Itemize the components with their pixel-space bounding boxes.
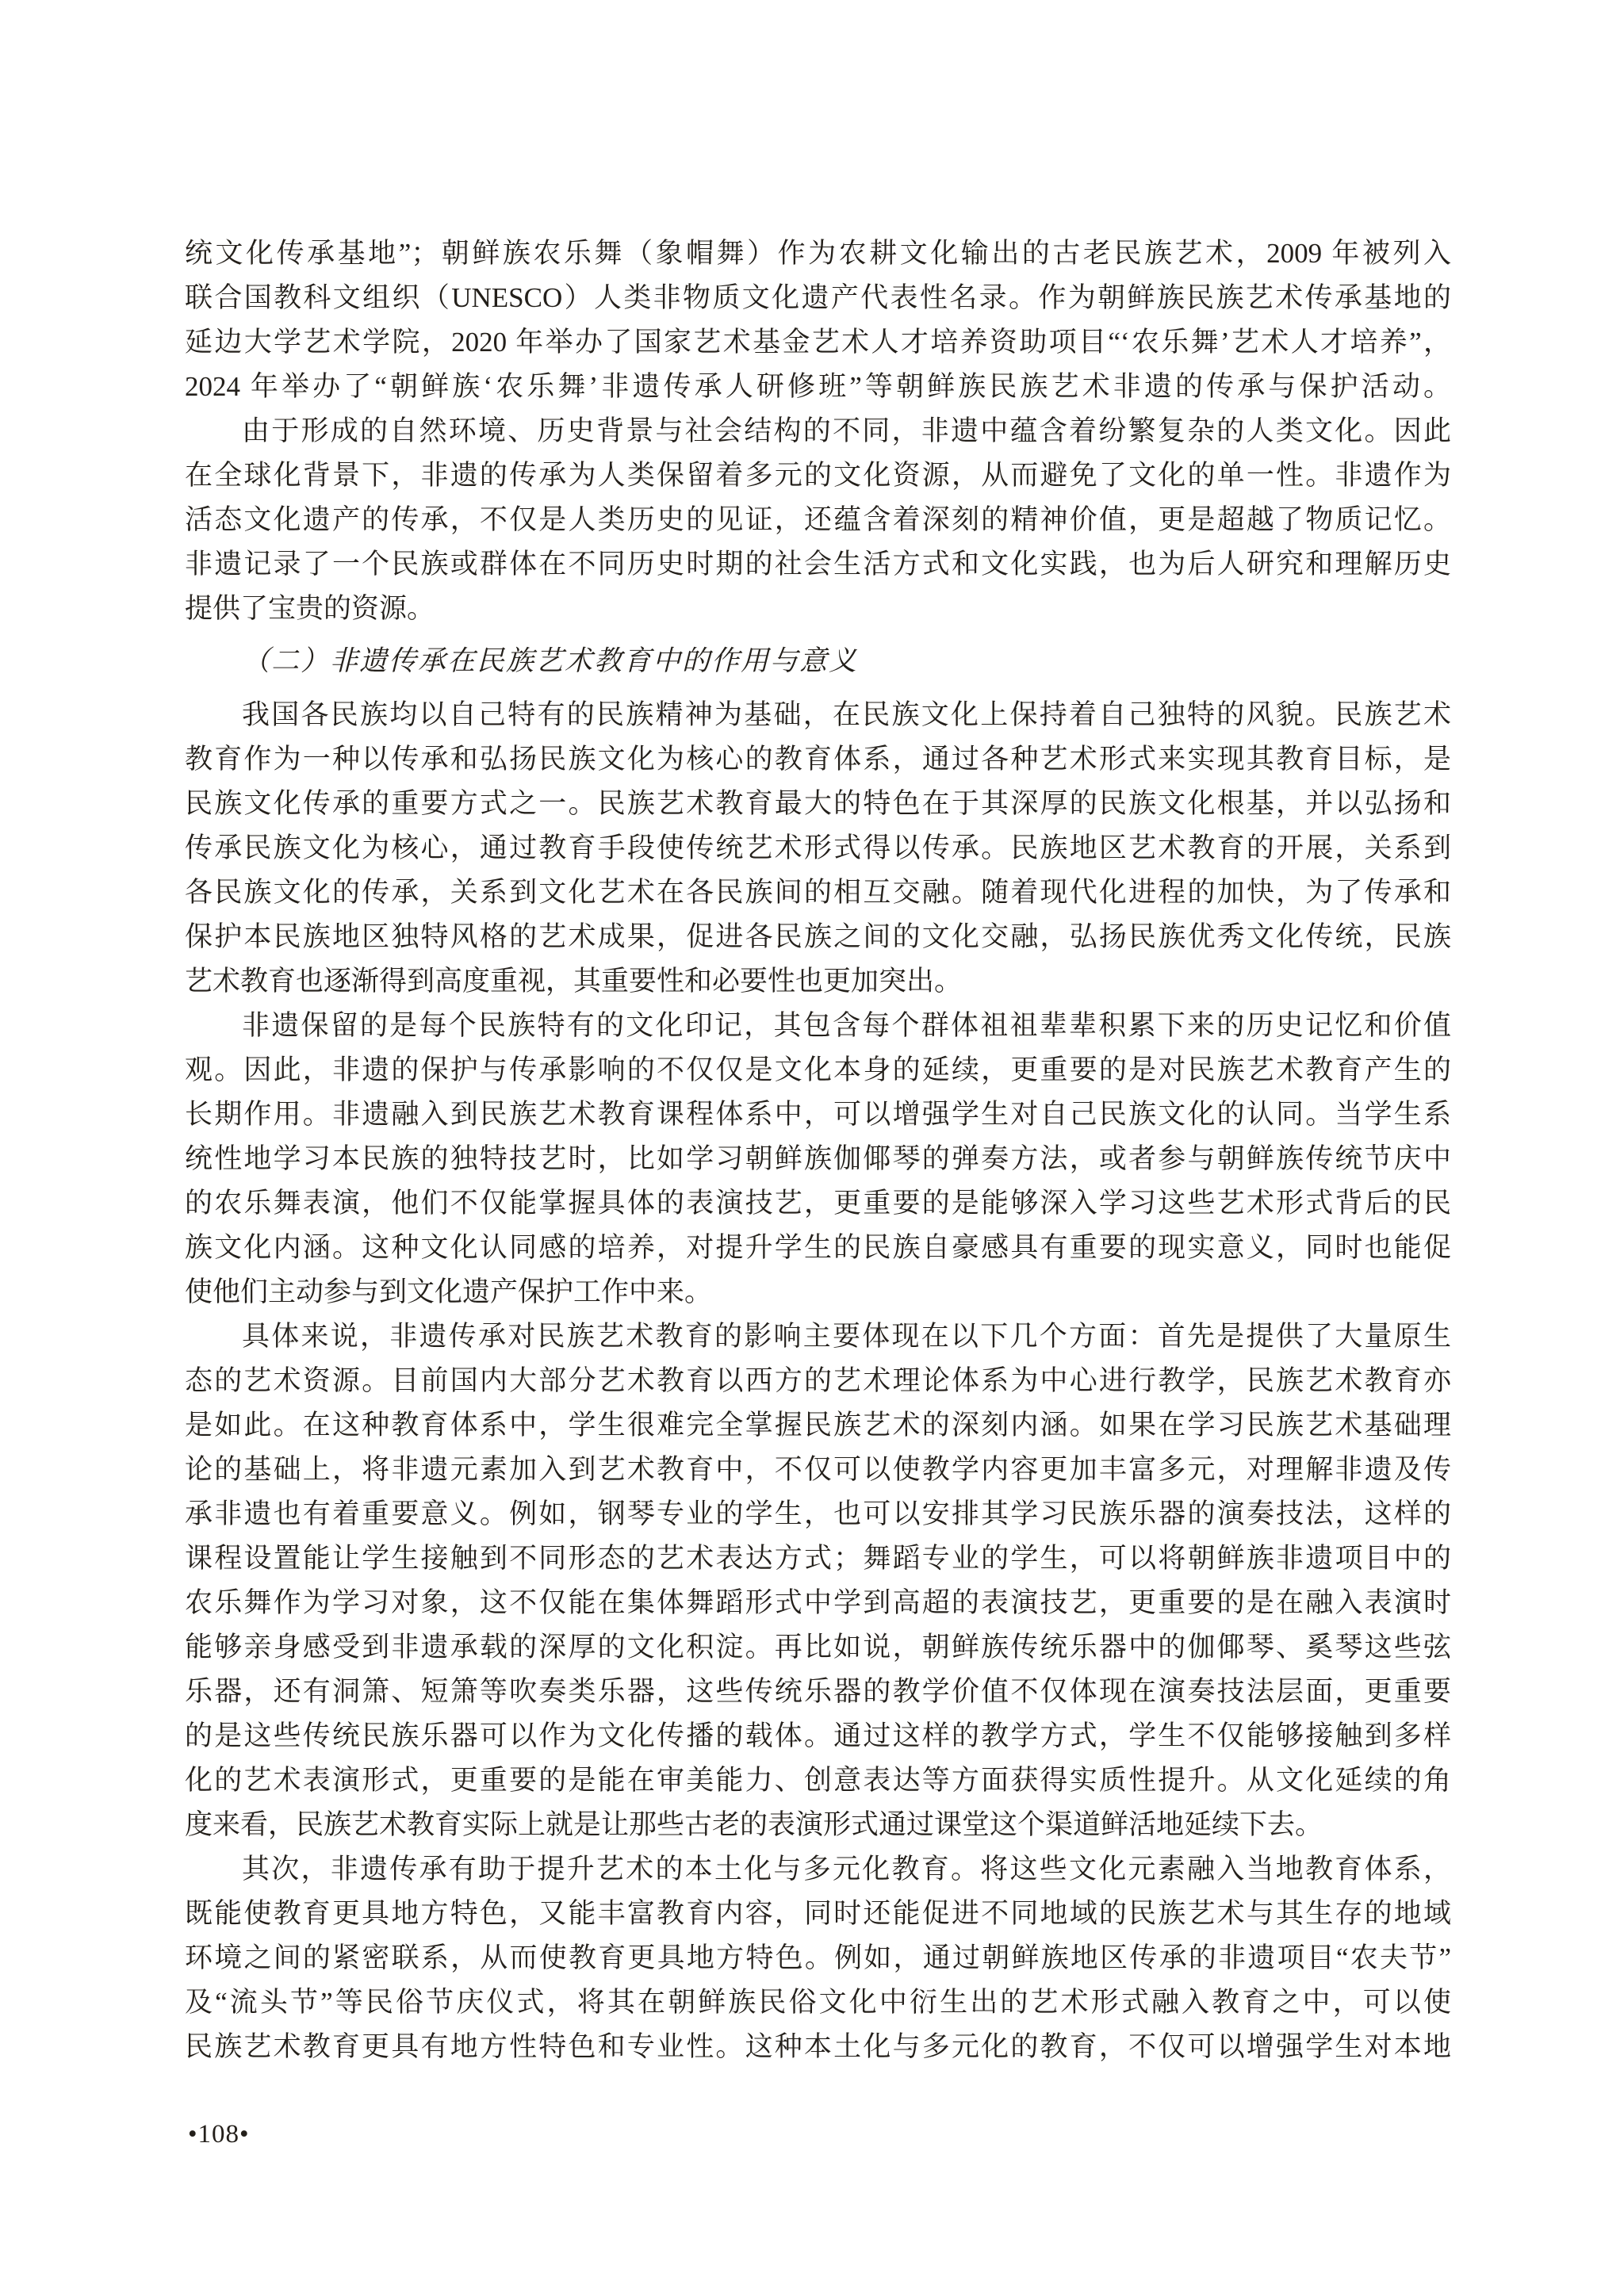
text-line: 非遗记录了一个民族或群体在不同历史时期的社会生活方式和文化实践，也为后人研究和理… [185,542,1451,587]
heading-text: （二）非遗传承在民族艺术教育中的作用与意义 [185,639,1451,683]
text-line: 民族文化传承的重要方式之一。民族艺术教育最大的特色在于其深厚的民族文化根基，并以… [185,782,1451,826]
text-line: 既能使教育更具地方特色，又能丰富教育内容，同时还能促进不同地域的民族艺术与其生存… [185,1892,1451,1936]
text-line: 提供了宝贵的资源。 [185,587,1451,631]
text-line: 化的艺术表演形式，更重要的是能在审美能力、创意表达等方面获得实质性提升。从文化延… [185,1758,1451,1803]
paragraph: 非遗保留的是每个民族特有的文化印记，其包含每个群体祖祖辈辈积累下来的历史记忆和价… [185,1004,1451,1314]
document-page: 统文化传承基地”；朝鲜族农乐舞（象帽舞）作为农耕文化输出的古老民族艺术，2009… [0,0,1624,2296]
text-line: 环境之间的紧密联系，从而使教育更具地方特色。例如，通过朝鲜族地区传承的非遗项目“… [185,1936,1451,1980]
text-line: 的是这些传统民族乐器可以作为文化传播的载体。通过这样的教学方式，学生不仅能够接触… [185,1714,1451,1758]
text-line: 各民族文化的传承，关系到文化艺术在各民族间的相互交融。随着现代化进程的加快，为了… [185,871,1451,915]
text-line: 能够亲身感受到非遗承载的深厚的文化积淀。再比如说，朝鲜族传统乐器中的伽倻琴、奚琴… [185,1625,1451,1670]
paragraph: 统文化传承基地”；朝鲜族农乐舞（象帽舞）作为农耕文化输出的古老民族艺术，2009… [185,232,1451,409]
text-line: 艺术教育也逐渐得到高度重视，其重要性和必要性也更加突出。 [185,959,1451,1004]
text-line: 由于形成的自然环境、历史背景与社会结构的不同，非遗中蕴含着纷繁复杂的人类文化。因… [185,409,1451,453]
text-line: 我国各民族均以自己特有的民族精神为基础，在民族文化上保持着自己独特的风貌。民族艺… [185,693,1451,737]
paragraph: 其次，非遗传承有助于提升艺术的本土化与多元化教育。将这些文化元素融入当地教育体系… [185,1847,1451,2069]
text-line: 教育作为一种以传承和弘扬民族文化为核心的教育体系，通过各种艺术形式来实现其教育目… [185,737,1451,782]
section-heading: （二）非遗传承在民族艺术教育中的作用与意义 [185,639,1451,683]
text-line: 联合国教科文组织（UNESCO）人类非物质文化遗产代表性名录。作为朝鲜族民族艺术… [185,276,1451,320]
text-line: 统文化传承基地”；朝鲜族农乐舞（象帽舞）作为农耕文化输出的古老民族艺术，2009… [185,232,1451,276]
paragraph: 我国各民族均以自己特有的民族精神为基础，在民族文化上保持着自己独特的风貌。民族艺… [185,693,1451,1004]
document-content: 统文化传承基地”；朝鲜族农乐舞（象帽舞）作为农耕文化输出的古老民族艺术，2009… [185,232,1451,2069]
text-line: 民族艺术教育更具有地方性特色和专业性。这种本土化与多元化的教育，不仅可以增强学生… [185,2025,1451,2069]
text-line: 使他们主动参与到文化遗产保护工作中来。 [185,1270,1451,1314]
text-line: 具体来说，非遗传承对民族艺术教育的影响主要体现在以下几个方面：首先是提供了大量原… [185,1314,1451,1359]
text-line: 及“流头节”等民俗节庆仪式，将其在朝鲜族民俗文化中衍生出的艺术形式融入教育之中，… [185,1980,1451,2025]
text-line: 长期作用。非遗融入到民族艺术教育课程体系中，可以增强学生对自己民族文化的认同。当… [185,1093,1451,1137]
text-line: 延边大学艺术学院，2020 年举办了国家艺术基金艺术人才培养资助项目“‘农乐舞’… [185,320,1451,365]
text-line: 度来看，民族艺术教育实际上就是让那些古老的表演形式通过课堂这个渠道鲜活地延续下去… [185,1803,1451,1847]
text-line: 态的艺术资源。目前国内大部分艺术教育以西方的艺术理论体系为中心进行教学，民族艺术… [185,1359,1451,1403]
text-line: 乐器，还有洞箫、短箫等吹奏类乐器，这些传统乐器的教学价值不仅体现在演奏技法层面，… [185,1670,1451,1714]
text-line: 农乐舞作为学习对象，这不仅能在集体舞蹈形式中学到高超的表演技艺，更重要的是在融入… [185,1581,1451,1625]
text-line: 其次，非遗传承有助于提升艺术的本土化与多元化教育。将这些文化元素融入当地教育体系… [185,1847,1451,1892]
text-line: 的农乐舞表演，他们不仅能掌握具体的表演技艺，更重要的是能够深入学习这些艺术形式背… [185,1181,1451,1226]
text-line: 2024 年举办了“朝鲜族‘农乐舞’非遗传承人研修班”等朝鲜族民族艺术非遗的传承… [185,365,1451,409]
text-line: 活态文化遗产的传承，不仅是人类历史的见证，还蕴含着深刻的精神价值，更是超越了物质… [185,498,1451,542]
text-line: 观。因此，非遗的保护与传承影响的不仅仅是文化本身的延续，更重要的是对民族艺术教育… [185,1048,1451,1093]
text-line: 课程设置能让学生接触到不同形态的艺术表达方式；舞蹈专业的学生，可以将朝鲜族非遗项… [185,1536,1451,1581]
page-number: •108• [188,2118,250,2150]
text-line: 统性地学习本民族的独特技艺时，比如学习朝鲜族伽倻琴的弹奏方法，或者参与朝鲜族传统… [185,1137,1451,1181]
text-line: 是如此。在这种教育体系中，学生很难完全掌握民族艺术的深刻内涵。如果在学习民族艺术… [185,1403,1451,1448]
text-line: 非遗保留的是每个民族特有的文化印记，其包含每个群体祖祖辈辈积累下来的历史记忆和价… [185,1004,1451,1048]
paragraph: 由于形成的自然环境、历史背景与社会结构的不同，非遗中蕴含着纷繁复杂的人类文化。因… [185,409,1451,631]
text-line: 传承民族文化为核心，通过教育手段使传统艺术形式得以传承。民族地区艺术教育的开展，… [185,826,1451,871]
text-line: 族文化内涵。这种文化认同感的培养，对提升学生的民族自豪感具有重要的现实意义，同时… [185,1226,1451,1270]
text-line: 承非遗也有着重要意义。例如，钢琴专业的学生，也可以安排其学习民族乐器的演奏技法，… [185,1492,1451,1536]
paragraph: 具体来说，非遗传承对民族艺术教育的影响主要体现在以下几个方面：首先是提供了大量原… [185,1314,1451,1847]
text-line: 在全球化背景下，非遗的传承为人类保留着多元的文化资源，从而避免了文化的单一性。非… [185,453,1451,498]
text-line: 论的基础上，将非遗元素加入到艺术教育中，不仅可以使教学内容更加丰富多元，对理解非… [185,1448,1451,1492]
text-line: 保护本民族地区独特风格的艺术成果，促进各民族之间的文化交融，弘扬民族优秀文化传统… [185,915,1451,959]
